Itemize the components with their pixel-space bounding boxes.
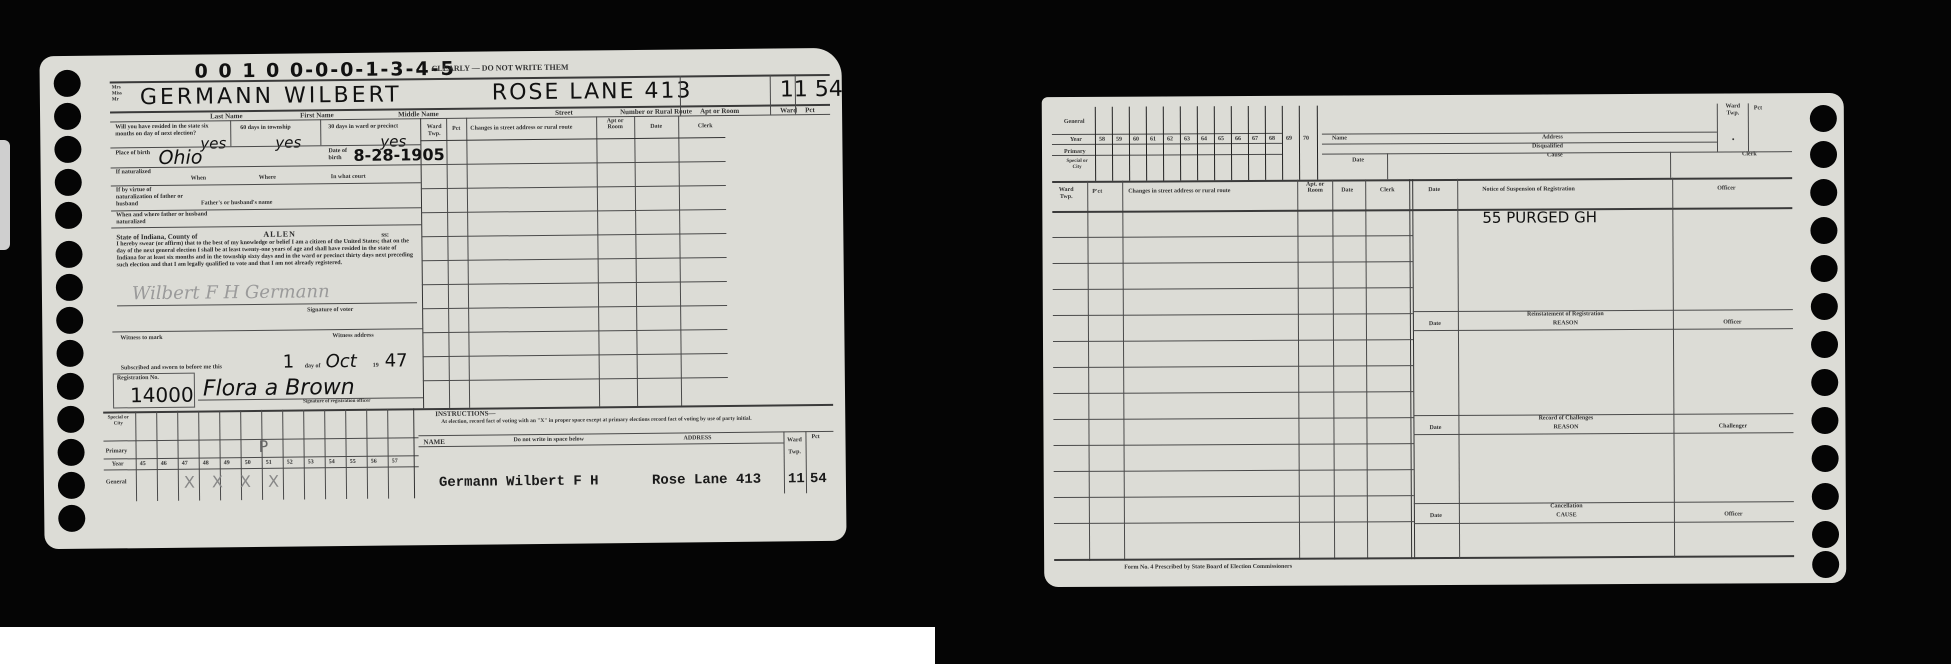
year-55: 55	[350, 459, 356, 465]
row-general: General	[106, 479, 127, 485]
label-by-virtue: If by virtue of naturalization of father…	[116, 187, 186, 209]
label-officer-signature: Signature of registration officer	[303, 399, 371, 405]
col-apt-room: Apt or Room	[600, 118, 630, 130]
general-marks: X X X X	[184, 472, 285, 492]
scan-edge-artifact	[0, 140, 10, 250]
name-handwritten: GERMANN WILBERT	[140, 82, 402, 110]
label-registration-no: Registration No.	[117, 375, 159, 381]
col-apt-back: Apt. or Room	[1300, 182, 1330, 194]
year-50: 50	[245, 460, 251, 466]
year-54: 54	[329, 459, 335, 465]
label-disqualified: Disqualified	[1532, 143, 1563, 149]
cancellation-title: Cancellation	[1459, 503, 1674, 510]
label-fathers-name: Father's or husband's name	[201, 200, 272, 207]
voting-grid-back: General Year Primary Special or City 58 …	[1042, 93, 1844, 97]
oath-county: ALLEN	[263, 230, 296, 239]
col-date-back: Date	[1332, 187, 1362, 193]
row-general-back: General	[1064, 119, 1085, 125]
col-ward-twp-back: Ward Twp.	[1054, 187, 1078, 201]
subscribed-day: 1	[283, 352, 295, 373]
year-60: 60	[1133, 137, 1139, 143]
label-day-of: day of	[305, 363, 321, 369]
label-challenge-date: Date	[1415, 425, 1455, 431]
year-52: 52	[287, 460, 293, 466]
year-66: 66	[1235, 136, 1241, 142]
label-when: When	[191, 175, 206, 181]
label-voter-signature: Signature of voter	[307, 307, 353, 313]
punch-holes	[39, 48, 841, 56]
suspension-title: Notice of Suspension of Registration	[1482, 186, 1575, 192]
suspension-stamp: 55 PURGED GH	[1482, 208, 1597, 227]
label-cancellation-cause: CAUSE	[1459, 512, 1674, 519]
reinstatement-title: Reinstatement of Registration	[1458, 311, 1673, 318]
ward-mark: •	[1732, 135, 1734, 143]
label-challenge-reason: REASON	[1458, 424, 1673, 431]
label-witness-mark: Witness to mark	[120, 335, 162, 341]
label-ward-back: Ward Twp.	[1720, 103, 1746, 117]
year-48: 48	[203, 460, 209, 466]
year-58: 58	[1099, 137, 1105, 143]
label-address-back: Address	[1542, 134, 1563, 140]
label-suspension-date: Date	[1414, 187, 1454, 193]
year-65: 65	[1218, 136, 1224, 142]
label-subscribed: Subscribed and sworn to before me this	[121, 364, 222, 371]
blank-white-region	[0, 627, 935, 664]
voting-grid-front: Special or City Primary Year General 45 …	[39, 48, 841, 56]
col-pct: Pct	[448, 126, 464, 132]
header-instruction: CLEARLY — DO NOT WRITE THEM	[432, 63, 569, 73]
year-46: 46	[161, 461, 167, 467]
punch-holes-back	[1042, 93, 1844, 97]
a-resided-state: yes	[200, 134, 226, 152]
ward-pct-handwritten: 11 54	[780, 77, 843, 103]
label-challenger: Challenger	[1675, 423, 1790, 430]
year-49: 49	[224, 460, 230, 466]
col-changes-back: Changes in street address or rural route	[1128, 188, 1230, 195]
primary-mark: P	[258, 437, 268, 456]
subscribed-year: 47	[385, 350, 408, 371]
label-witness-address: Witness address	[332, 333, 373, 339]
col-date: Date	[636, 124, 676, 130]
footer-ward-label: Ward Twp.	[784, 434, 804, 458]
row-special-city: Special or City	[103, 415, 133, 427]
label-naturalized: If naturalized	[116, 169, 166, 177]
typed-name: Germann Wilbert F H	[439, 473, 599, 491]
label-suspension-officer: Officer	[1717, 185, 1735, 191]
registration-card-front: 0 0 1 0 0-0-0-1-3-4-5 CLEARLY — DO NOT W…	[39, 48, 846, 549]
q-township: 60 days in township	[240, 124, 300, 132]
registration-number: 14000	[130, 383, 194, 408]
year-67: 67	[1252, 136, 1258, 142]
typed-pct: 54	[810, 471, 827, 487]
form-footer: Form No. 4 Prescribed by State Board of …	[1124, 564, 1292, 571]
subscribed-month: Oct	[326, 351, 357, 372]
registration-box: Registration No. 14000	[113, 373, 195, 409]
address-handwritten: ROSE LANE 413	[492, 78, 693, 105]
instructions-text: At election, record fact of voting with …	[441, 415, 831, 425]
col-clerk-back: Clerk	[1367, 187, 1407, 193]
year-45: 45	[140, 461, 146, 467]
year-57: 57	[392, 458, 398, 464]
label-place-of-birth: Place of birth	[115, 150, 155, 157]
label-name-back: Name	[1332, 136, 1347, 142]
year-64: 64	[1201, 136, 1207, 142]
label-date-back: Date	[1352, 157, 1364, 163]
label-court: In what court	[331, 174, 366, 180]
label-reinstatement-reason: REASON	[1458, 320, 1673, 327]
label-pct: Pct	[805, 106, 815, 114]
year-68: 68	[1269, 136, 1275, 142]
a-township: yes	[275, 133, 301, 151]
date-of-birth: 8-28-1905	[353, 145, 444, 165]
label-cancellation-date: Date	[1416, 513, 1456, 519]
typed-ward: 11	[788, 471, 805, 487]
instructions-title: INSTRUCTIONS—	[435, 409, 495, 418]
label-year-prefix: 19	[373, 363, 379, 369]
typed-address: Rose Lane 413	[652, 472, 761, 489]
year-59: 59	[1116, 137, 1122, 143]
footer-do-not-write: Do not write in space below	[513, 437, 584, 444]
label-pct-back: Pct	[1754, 105, 1762, 111]
year-70: 70	[1303, 136, 1309, 142]
challenges-title: Record of Challenges	[1458, 415, 1673, 422]
label-where: Where	[259, 175, 276, 181]
col-clerk: Clerk	[680, 123, 730, 130]
row-year: Year	[112, 461, 124, 467]
label-reinstatement-officer: Officer	[1675, 319, 1790, 326]
row-special-back: Special or City	[1062, 159, 1092, 171]
year-47: 47	[182, 461, 188, 467]
q-ward: 30 days in ward or precinct	[328, 123, 398, 131]
footer-pct-label: Pct	[811, 434, 819, 440]
year-63: 63	[1184, 136, 1190, 142]
row-year-back: Year	[1070, 137, 1082, 143]
year-56: 56	[371, 459, 377, 465]
col-changes-address: Changes in street address or rural route	[470, 125, 572, 132]
col-pct-back: P'ct	[1092, 189, 1102, 195]
year-51: 51	[266, 460, 272, 466]
label-cancellation-officer: Officer	[1676, 511, 1791, 518]
label-reinstatement-date: Date	[1415, 321, 1455, 327]
year-61: 61	[1150, 137, 1156, 143]
voter-signature: Wilbert F H Germann	[132, 281, 330, 304]
footer-address-label: ADDRESS	[683, 435, 711, 441]
label-when-where-father: When and where father or husband natural…	[116, 211, 226, 226]
year-53: 53	[308, 459, 314, 465]
row-primary: Primary	[106, 448, 128, 454]
title-prefix: Mrs Miss Mr	[112, 85, 126, 103]
registration-card-back: General Year Primary Special or City 58 …	[1042, 93, 1847, 587]
oath-text: I hereby swear (or affirm) that to the b…	[116, 238, 416, 269]
col-ward-twp: Ward Twp.	[422, 124, 446, 138]
label-street: Street	[555, 109, 573, 117]
footer-name-label: NAME	[423, 438, 444, 446]
year-69: 69	[1286, 136, 1292, 142]
year-62: 62	[1167, 136, 1173, 142]
